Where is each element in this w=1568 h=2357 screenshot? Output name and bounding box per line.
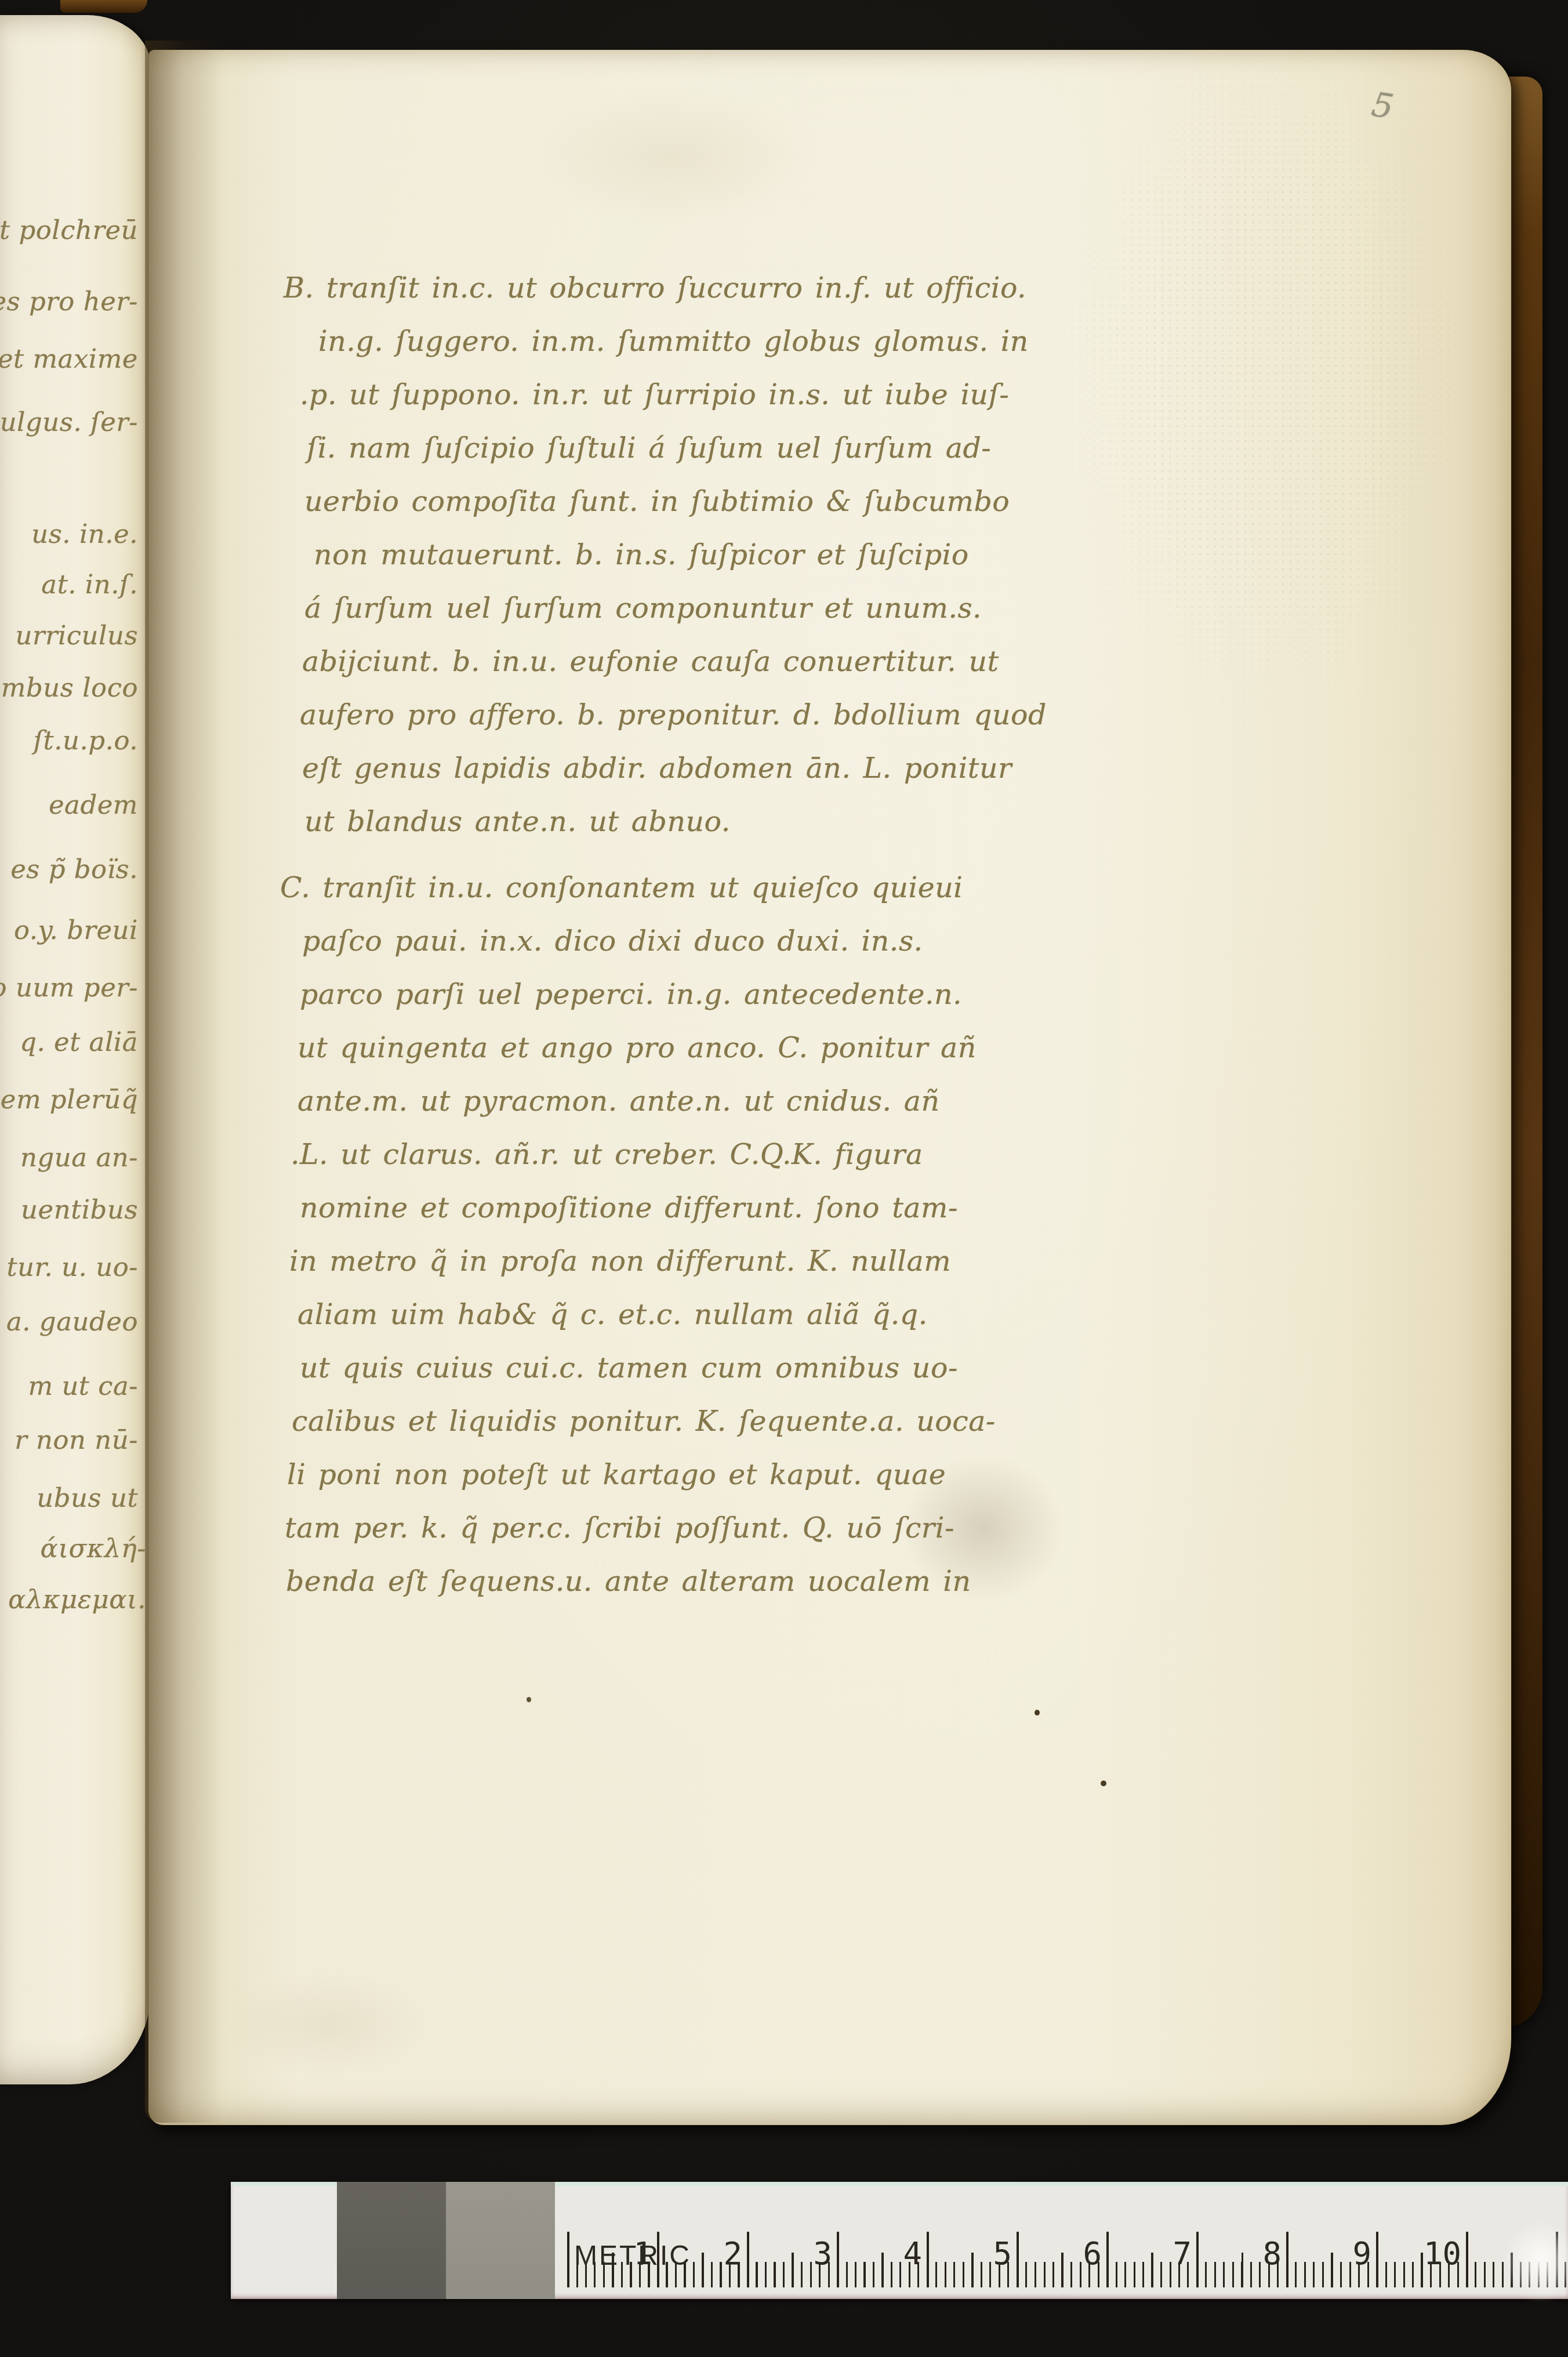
metric-ruler: METRIC 1 2 3 4 5 6 7 8 9 10 [231,2182,1568,2299]
manuscript-line: eſt genus lapidis abdir. abdomen ān. L. … [302,752,1012,785]
verso-fragment-line: mbus loco [1,672,138,703]
verso-fragment-line-greek: άισκλή- [41,1533,146,1564]
ruler-number: 10 [1424,2235,1461,2272]
worm-hole [1101,1781,1106,1786]
verso-fragment-line: lem plerūq̃ [0,1084,138,1115]
verso-fragment-line: ut polchreū [0,215,138,245]
manuscript-line: aliam uim hab& q̃ c. et.c. nullam aliã q… [297,1298,928,1331]
manuscript-line: C. tranſit in.u. conſonantem ut quieſco … [280,871,963,904]
manuscript-line: in.g. ſuggero. in.m. ſummitto globus glo… [318,325,1029,358]
parchment-grain-texture [1038,75,1456,742]
verso-fragment-line: ulgus. ſer- [0,407,138,437]
manuscript-line: .p. ut ſuppono. in.r. ut ſurripio in.s. … [300,378,1009,411]
manuscript-photo: 5 ut polchreū es pro her- et maxime ulgu… [0,0,1568,2357]
verso-fragment-line: a. gaudeo [6,1306,138,1337]
ruler-number: 8 [1262,2235,1282,2272]
manuscript-line: abijciunt. b. in.u. eufonie cauſa conuer… [302,645,999,678]
ruler-tick-marks [567,2182,1568,2299]
ruler-number: 6 [1083,2235,1102,2272]
manuscript-line: non mutauerunt. b. in.s. ſuſpicor et ſuſ… [314,538,969,571]
verso-fragment-line: ubus ut [37,1482,138,1513]
verso-fragment-line: at. in.ſ. [41,569,138,600]
verso-fragment-line: r non nū- [14,1424,138,1455]
ruler-number: 7 [1173,2235,1192,2272]
manuscript-line: ante.m. ut pyracmon. ante.n. ut cnidus. … [297,1085,940,1118]
ruler-number: 2 [723,2235,742,2272]
manuscript-line: aufero pro affero. b. preponitur. d. bdo… [300,698,1047,731]
manuscript-line: benda eſt ſequens.u. ante alteram uocale… [286,1565,971,1598]
ink-speck [527,1697,531,1702]
manuscript-line: ſi. nam ſuſcipio ſuſtuli á ſuſum uel ſur… [307,431,991,465]
verso-fragment-line: us. in.e. [31,518,138,549]
manuscript-line: in metro q̃ in proſa non differunt. K. n… [289,1245,951,1278]
manuscript-line: paſco paui. in.x. dico dixi duco duxi. i… [302,924,923,958]
manuscript-line: .L. ut clarus. añ.r. ut creber. C.Q.K. f… [291,1138,923,1171]
verso-fragment-line: q. et aliā [20,1027,138,1057]
manuscript-line: ut quis cuius cui.c. tamen cum omnibus u… [300,1351,958,1384]
manuscript-line: ut blandus ante.n. ut abnuo. [304,805,731,838]
gray-scale-patch-light [446,2182,555,2299]
leather-binding-top-left [60,0,147,13]
manuscript-line: tam per. k. q̃ per.c. ſcribi poſſunt. Q.… [285,1511,954,1544]
verso-fragment-line: et maxime [0,343,138,374]
verso-fragment-line: tur. u. uo- [6,1252,138,1282]
ruler-number: 5 [993,2235,1012,2272]
verso-fragment-line: ſt.u.p.o. [33,725,138,756]
worm-hole [1035,1710,1040,1716]
verso-fragment-line: ngua an- [20,1142,138,1173]
verso-fragment-line-greek: nō.p. αλκμεμαι. [0,1584,146,1615]
ruler-number: 1 [633,2235,652,2272]
verso-fragment-line: uentibus [21,1194,138,1225]
ruler-number: 4 [903,2235,922,2272]
verso-fragment-line: o uum per- [0,972,138,1003]
ruler-metric-label: METRIC [574,2240,691,2272]
ruler-number: 9 [1352,2235,1371,2272]
manuscript-line: ut quingenta et ango pro anco. C. ponitu… [297,1031,977,1064]
manuscript-line: uerbio compoſita ſunt. in ſubtimio & ſub… [304,485,1010,518]
ruler-number: 3 [813,2235,832,2272]
manuscript-line: calibus et liquidis ponitur. K. ſequente… [292,1405,996,1438]
gray-scale-patch-dark [337,2182,446,2299]
manuscript-line: á ſurſum uel ſurſum componuntur et unum.… [304,592,982,625]
verso-fragment-line: es pro her- [0,286,138,317]
manuscript-line: li poni non poteſt ut kartago et kaput. … [287,1458,946,1491]
verso-fragment-line: o.y. breui [14,915,138,945]
verso-fragment-line: urriculus [15,620,138,651]
manuscript-line: parco parſi uel peperci. in.g. anteceden… [300,978,962,1011]
verso-fragment-line: m ut ca- [28,1370,138,1401]
manuscript-line: nomine et compoſitione differunt. ſono t… [300,1191,958,1224]
verso-fragment-line: eadem [49,789,138,820]
verso-fragment-line: es p̃ boïs. [10,854,138,884]
manuscript-line: B. tranſit in.c. ut obcurro ſuccurro in.… [284,271,1026,304]
